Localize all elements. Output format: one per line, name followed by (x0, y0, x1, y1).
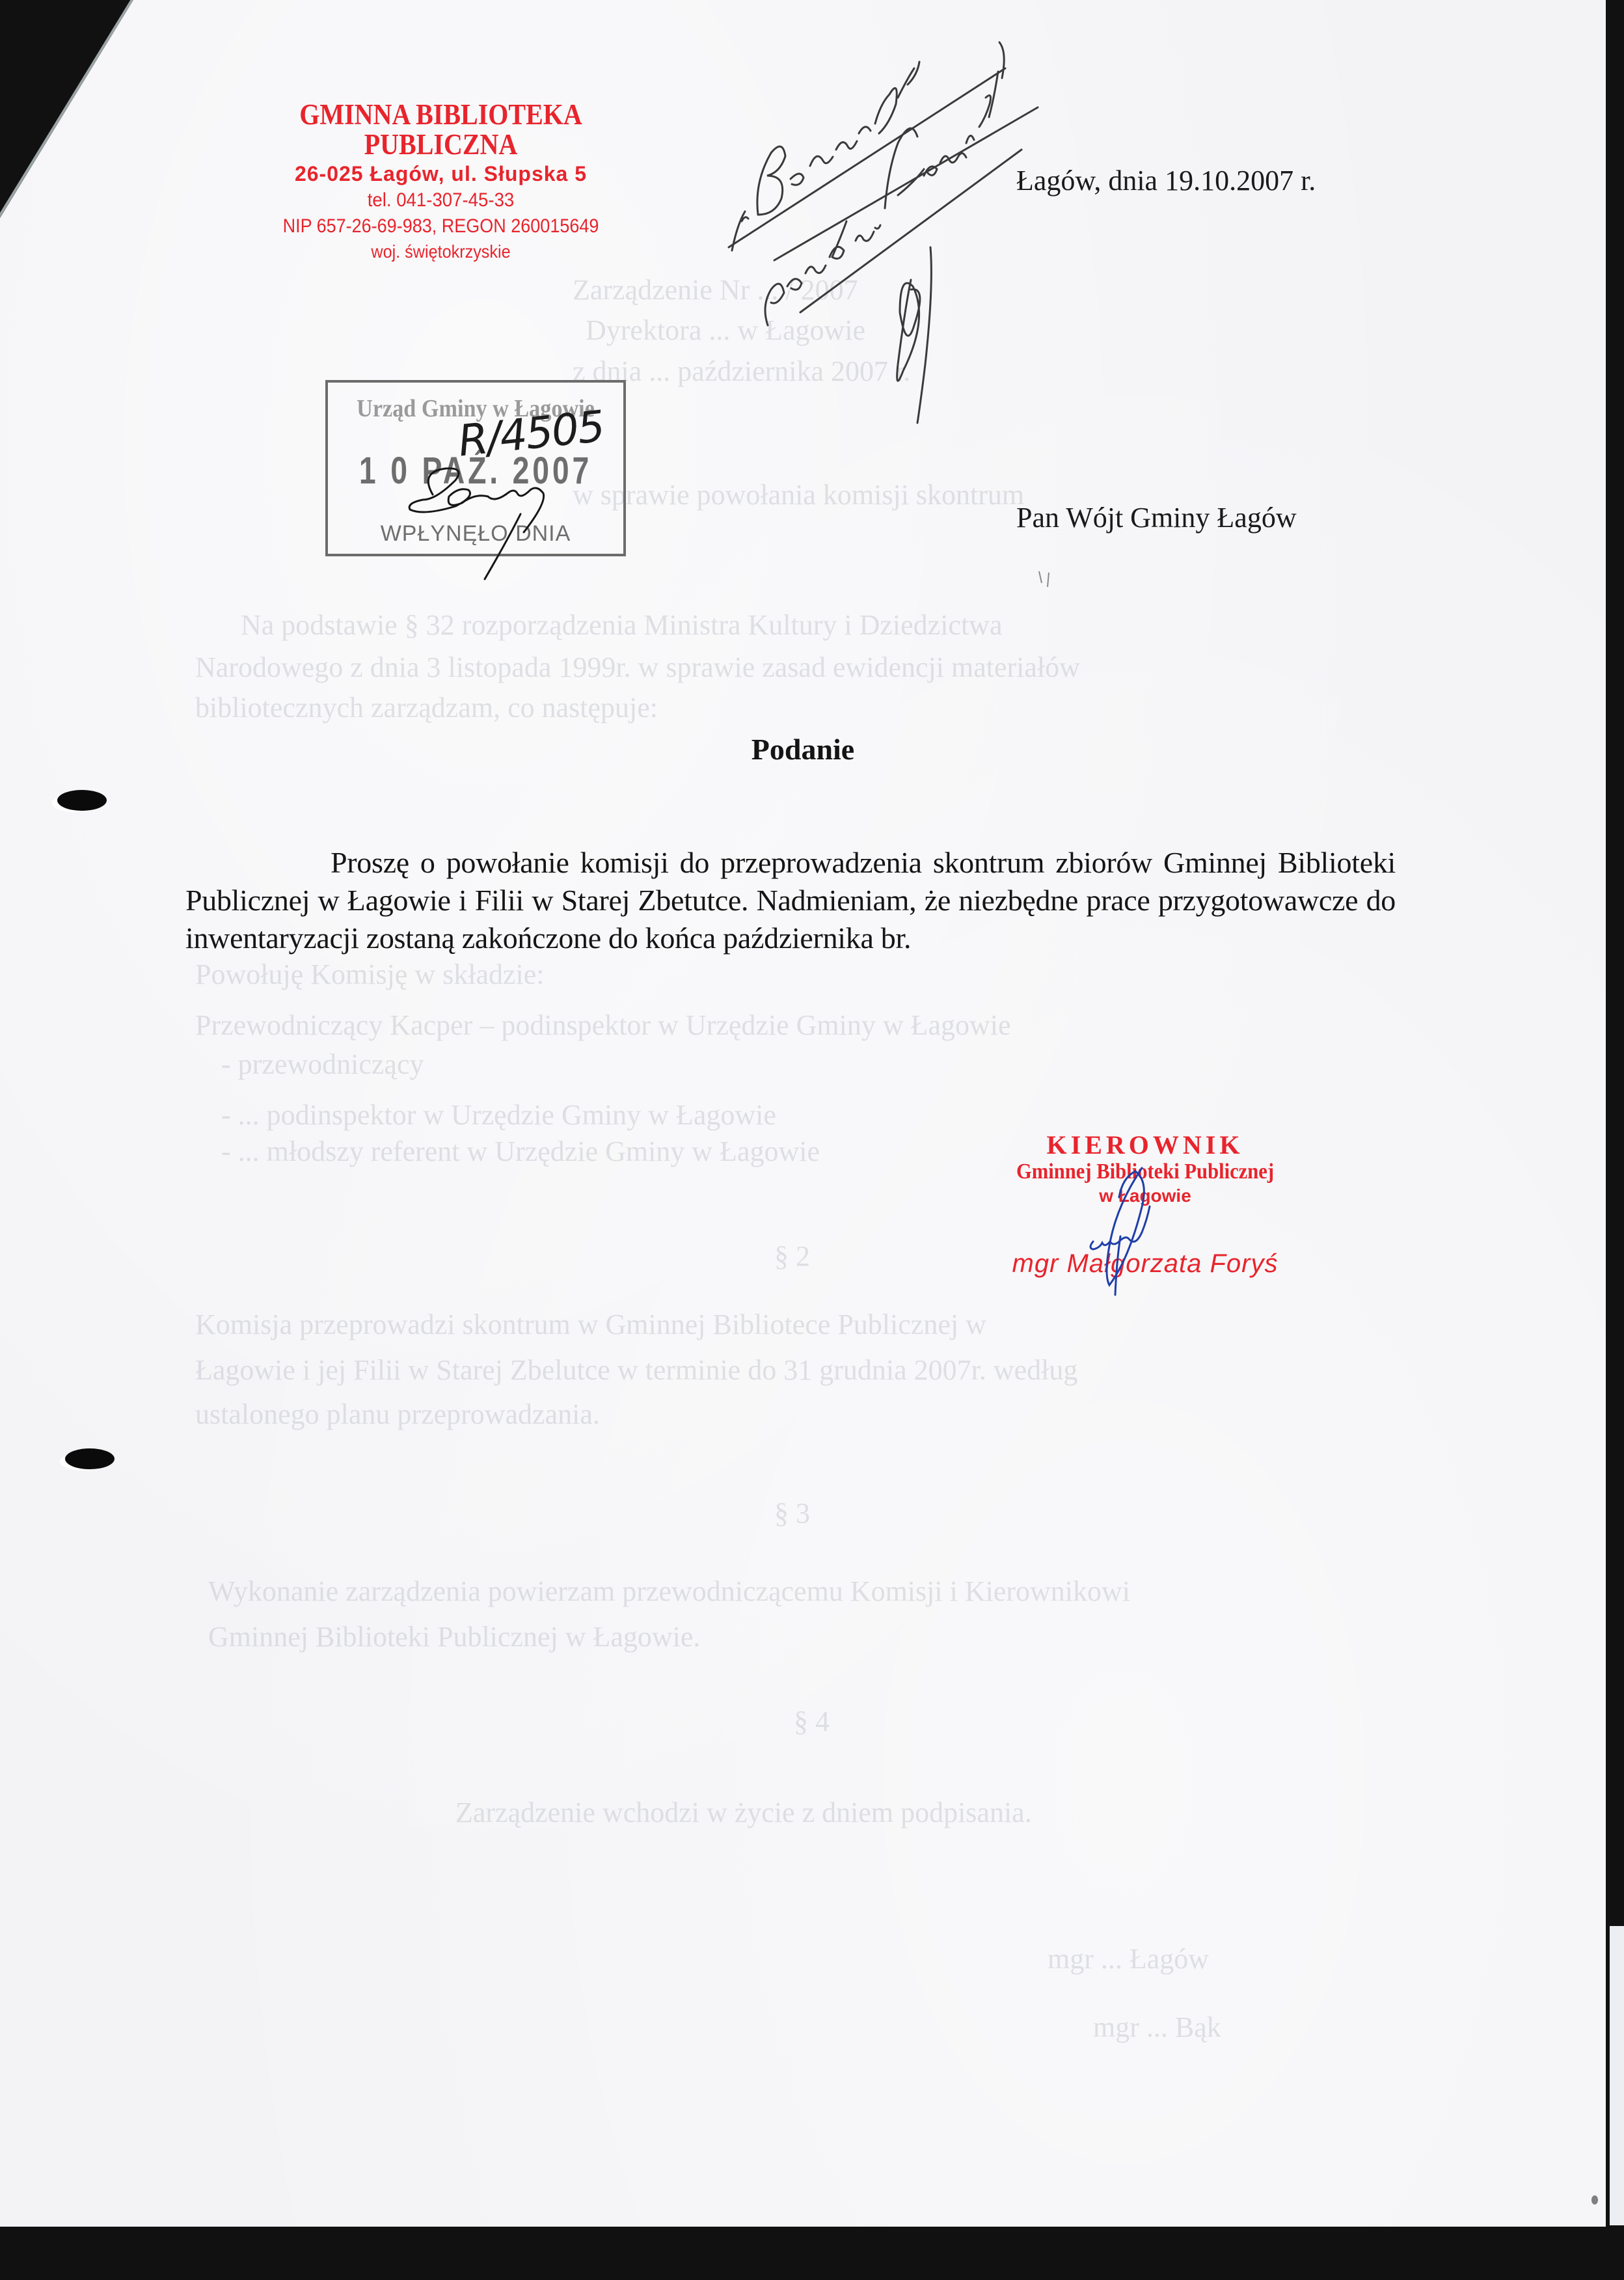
stamp-tax-ids: NIP 657-26-69-983, REGON 260015649 (246, 217, 636, 236)
document-title: Podanie (0, 732, 1606, 767)
punch-hole-upper (57, 790, 107, 811)
library-letterhead-stamp: GMINNA BIBLIOTEKA PUBLICZNA 26-025 Łagów… (224, 101, 657, 261)
bleed-line: mgr ... Łagów (1048, 1942, 1209, 1975)
recipient: Pan Wójt Gminy Łagów (1016, 501, 1297, 534)
bleed-line: w sprawie powołania komisji skontrum (573, 478, 1024, 511)
underlying-sheet-edge (1610, 1926, 1624, 2225)
bleed-line: Gminnej Biblioteki Publicznej w Łagowie. (208, 1620, 700, 1653)
bleed-line: Narodowego z dnia 3 listopada 1999r. w s… (195, 651, 1080, 684)
bleed-line: Zarządzenie Nr ... / 2007 (573, 273, 858, 306)
stamp-phone: tel. 041-307-45-33 (242, 191, 640, 210)
bleed-line: Zarządzenie wchodzi w życie z dniem podp… (455, 1796, 1032, 1829)
bleed-line: - przewodniczący (221, 1048, 424, 1081)
bleed-line: mgr ... Bąk (1093, 2011, 1221, 2044)
bleed-line: Komisja przeprowadzi skontrum w Gminnej … (195, 1308, 986, 1341)
bleed-line: § 3 (774, 1497, 810, 1530)
bleed-line: Wykonanie zarządzenia powierzam przewodn… (208, 1575, 1130, 1608)
scanner-corner-shadow (0, 0, 133, 218)
stamp-voivodeship: woj. świętokrzyskie (246, 243, 636, 261)
date-line: Łagów, dnia 19.10.2007 r. (1016, 164, 1316, 197)
bleed-line: § 2 (774, 1240, 810, 1273)
bleed-line: bibliotecznych zarządzam, co następuje: (195, 691, 658, 724)
registry-received-stamp: Urząd Gminy w Łagowie 1 0 PAŹ. 2007 WPŁY… (325, 380, 626, 556)
bleed-line: Na podstawie § 32 rozporządzenia Ministr… (241, 608, 1003, 642)
bleed-line: - ... młodszy referent w Urzędzie Gminy … (221, 1135, 820, 1168)
stamp-address: 26-025 Łagów, ul. Słupska 5 (224, 163, 657, 184)
bleed-line: § 4 (794, 1705, 830, 1738)
bleed-line: - ... podinspektor w Urzędzie Gminy w Ła… (221, 1098, 776, 1132)
request-body: Proszę o powołanie komisji do przeprowad… (185, 844, 1396, 957)
stamp-head-location: w Łagowie (950, 1187, 1340, 1205)
bleed-line: Przewodniczący Kacper – podinspektor w U… (195, 1009, 1011, 1042)
bleed-line: Dyrektora ... w Łagowie (586, 314, 865, 347)
bleed-line: Łagowie i jej Filii w Starej Zbelutce w … (195, 1353, 1077, 1387)
director-signature-stamp: KIEROWNIK Gminnej Biblioteki Publicznej … (950, 1132, 1340, 1277)
paper-speck (1591, 2195, 1598, 2205)
bleed-line: Powołuję Komisję w składzie: (195, 958, 545, 991)
stamp-institution-name: GMINNA BIBLIOTEKA PUBLICZNA (224, 100, 657, 159)
registry-received-label: WPŁYNĘŁO DNIA (328, 521, 623, 547)
bleed-line: ustalonego planu przeprowadzania. (195, 1398, 600, 1431)
punch-hole-lower (65, 1448, 115, 1469)
stamp-head-title: KIEROWNIK (950, 1132, 1340, 1158)
stamp-head-name: mgr Małgorzata Foryś (950, 1251, 1340, 1277)
stamp-head-institution: Gminnej Biblioteki Publicznej (969, 1161, 1321, 1183)
